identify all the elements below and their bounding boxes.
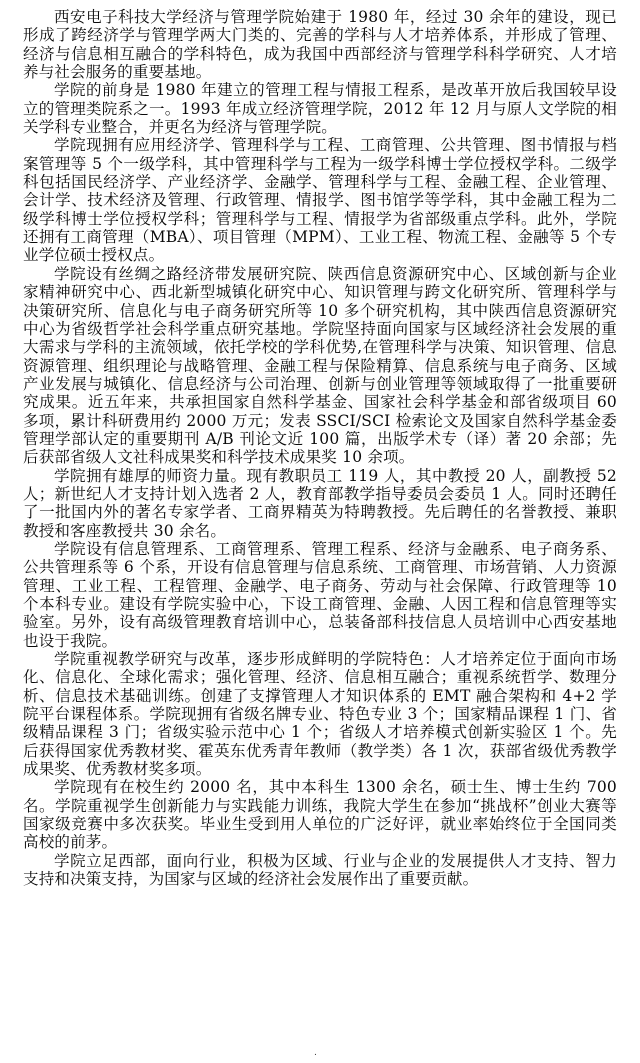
document-body: 西安电子科技大学经济与管理学院始建于 1980 年，经过 30 余年的建设，现已… — [23, 8, 617, 889]
paragraph: 学院现拥有应用经济学、管理科学与工程、工商管理、公共管理、图书情报与档案管理等 … — [23, 136, 617, 264]
paragraph: 学院的前身是 1980 年建立的管理工程与情报工程系，是改革开放后我国较早设立的… — [23, 81, 617, 136]
page-footer-mark: . — [314, 1048, 317, 1058]
paragraph: 学院重视教学研究与改革，逐步形成鲜明的学院特色：人才培养定位于面向市场化、信息化… — [23, 650, 617, 778]
paragraph: 学院设有丝绸之路经济带发展研究院、陕西信息资源研究中心、区域创新与企业家精神研究… — [23, 265, 617, 467]
paragraph: 学院现有在校生约 2000 名，其中本科生 1300 余名，硕士生、博士生约 7… — [23, 778, 617, 851]
paragraph: 西安电子科技大学经济与管理学院始建于 1980 年，经过 30 余年的建设，现已… — [23, 8, 617, 81]
document-page: 西安电子科技大学经济与管理学院始建于 1980 年，经过 30 余年的建设，现已… — [0, 0, 640, 1063]
paragraph: 学院拥有雄厚的师资力量。现有教职员工 119 人，其中教授 20 人，副教授 5… — [23, 467, 617, 540]
paragraph: 学院立足西部，面向行业，积极为区域、行业与企业的发展提供人才支持、智力支持和决策… — [23, 852, 617, 889]
paragraph: 学院设有信息管理系、工商管理系、管理工程系、经济与金融系、电子商务系、公共管理系… — [23, 540, 617, 650]
